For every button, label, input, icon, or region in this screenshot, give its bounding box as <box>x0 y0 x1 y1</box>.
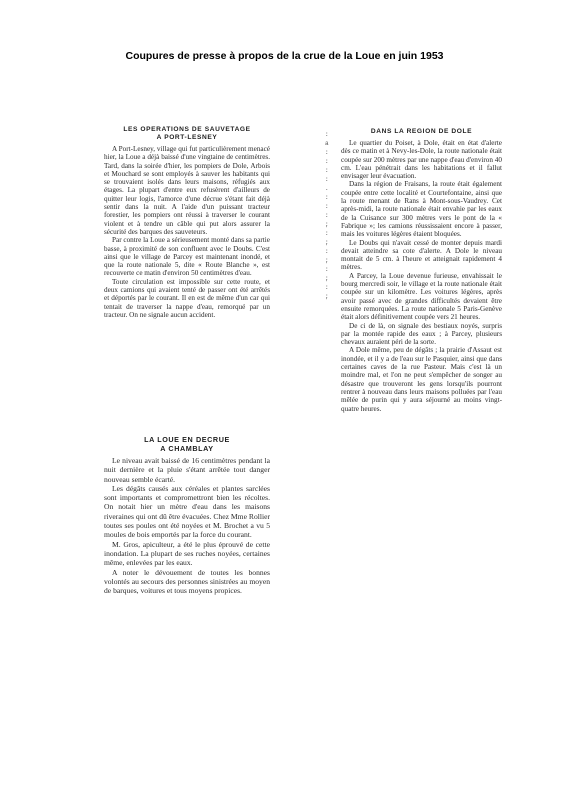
clipping-dole: DANS LA REGION DE DOLE Le quartier du Po… <box>341 128 502 413</box>
article-paragraph: Les dégâts causés aux céréales et plante… <box>104 484 270 540</box>
page-title: Coupures de presse à propos de la crue d… <box>0 50 569 62</box>
article-paragraph: Le Doubs qui n'avait cessé de monter dep… <box>341 239 502 272</box>
article-paragraph: Le quartier du Poiset, à Dole, était en … <box>341 139 502 180</box>
headline-line: DANS LA REGION DE DOLE <box>341 128 502 136</box>
headline-line: LES OPERATIONS DE SAUVETAGE <box>104 126 270 134</box>
article-paragraph: M. Gros, apiculteur, a été le plus éprou… <box>104 540 270 568</box>
article-paragraph: De ci de là, on signale des bestiaux noy… <box>341 322 502 347</box>
article-paragraph: A noter le dévouement de toutes les bonn… <box>104 568 270 596</box>
article-paragraph: Par contre la Loue a sérieusement monté … <box>104 236 270 277</box>
article-paragraph: A Parcey, la Loue devenue furieuse, enva… <box>341 272 502 322</box>
clipping-headline: LA LOUE EN DECRUE A CHAMBLAY <box>104 435 270 453</box>
headline-line: A CHAMBLAY <box>104 444 270 453</box>
headline-line: LA LOUE EN DECRUE <box>104 435 270 444</box>
scan-edge-marks: : a : : : : . : : : ; : ; : ; : ; : ; <box>325 130 333 380</box>
article-paragraph: Dans la région de Fraisans, la route éta… <box>341 180 502 238</box>
article-paragraph: Le niveau avait baissé de 16 centimètres… <box>104 456 270 484</box>
clipping-chamblay: LA LOUE EN DECRUE A CHAMBLAY Le niveau a… <box>104 435 270 595</box>
article-paragraph: A Dole même, peu de dégâts ; la prairie … <box>341 346 502 412</box>
headline-line: A PORT-LESNEY <box>104 134 270 142</box>
clipping-port-lesney: LES OPERATIONS DE SAUVETAGE A PORT-LESNE… <box>104 126 270 319</box>
article-paragraph: A Port-Lesney, village qui fut particuli… <box>104 145 270 236</box>
article-paragraph: Toute circulation est impossible sur cet… <box>104 278 270 319</box>
clipping-headline: DANS LA REGION DE DOLE <box>341 128 502 136</box>
clipping-headline: LES OPERATIONS DE SAUVETAGE A PORT-LESNE… <box>104 126 270 142</box>
